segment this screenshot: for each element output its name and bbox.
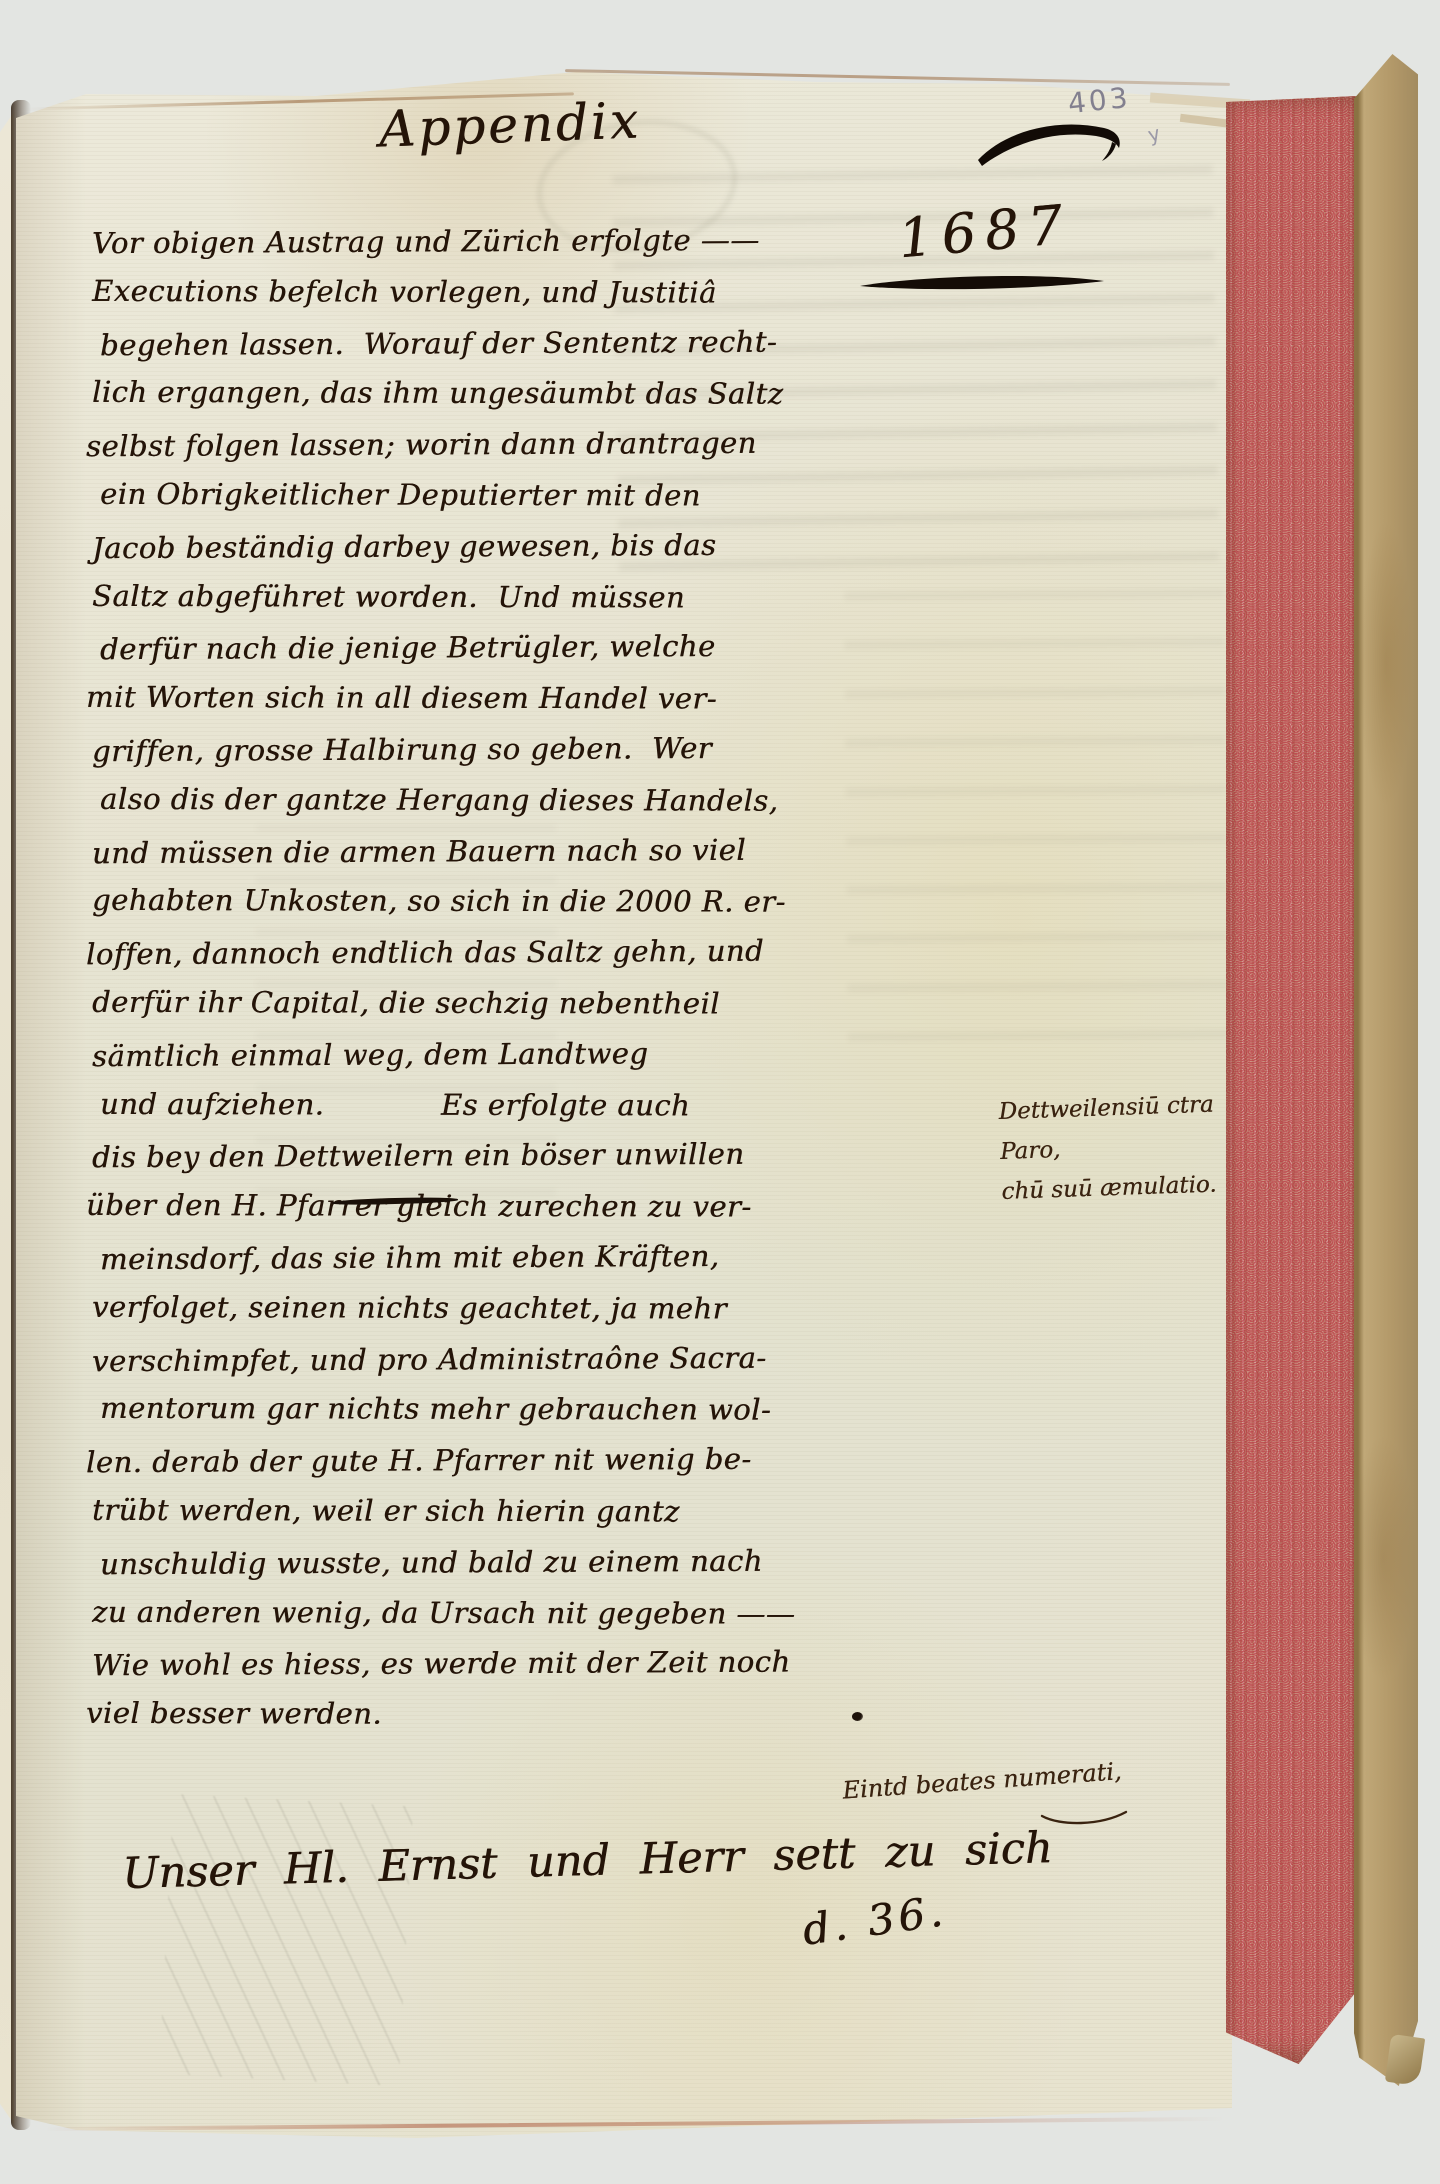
body-line: Wie wohl es hiess, es werde mit der Zeit… <box>92 1636 948 1691</box>
body-line: lich ergangen, das ihm ungesäumbt das Sa… <box>92 367 948 420</box>
body-line: unschuldig wusste, und bald zu einem nac… <box>100 1534 948 1589</box>
cover-corner-curl <box>1385 2034 1425 2086</box>
body-line: selbst folgen lassen; worin dann drantra… <box>86 417 948 472</box>
body-line: loffen, dannoch endtlich das Saltz gehn,… <box>86 925 948 980</box>
body-line: len. derab der gute H. Pfarrer nit wenig… <box>86 1433 948 1488</box>
margin-note-line: Dettweilensiū ctra Paro, <box>998 1084 1231 1172</box>
body-line: gehabten Unkosten, so sich in die 2000 R… <box>92 875 948 928</box>
body-line: meinsdorf, das sie ihm mit eben Kräften, <box>100 1230 948 1285</box>
body-line: derfür ihr Capital, die sechzig nebenthe… <box>92 977 948 1030</box>
body-line: über den H. Pfarrer gleich zurechen zu v… <box>86 1180 948 1233</box>
body-line: dis bey den Dettweilern ein böser unwill… <box>92 1128 948 1183</box>
body-text: Vor obigen Austrag und Zürich erfolgte —… <box>92 216 948 1740</box>
body-line: Jacob beständig darbey gewesen, bis das <box>92 519 948 574</box>
scanned-manuscript-photo: { "document": { "title": "Appendix", "ye… <box>0 0 1440 2184</box>
body-line: Saltz abgeführet worden. Und müssen <box>92 570 948 623</box>
body-line: sämtlich einmal weg, dem Landtweg <box>92 1027 948 1082</box>
ink-blot <box>852 1712 863 1721</box>
folio-number-pencil: 403 <box>1066 81 1132 120</box>
body-line: griffen, grosse Halbirung so geben. Wer <box>92 722 948 777</box>
body-line: also dis der gantze Hergang dieses Hande… <box>100 774 948 827</box>
margin-note-line: chū suū æmulatio. <box>1001 1164 1232 1212</box>
ink-swoosh-flourish <box>976 116 1146 176</box>
body-line: verschimpfet, und pro Administraône Sacr… <box>92 1331 948 1386</box>
body-line: trübt werden, weil er sich hierin gantz <box>92 1485 948 1538</box>
body-line: und aufziehen. Es erfolgte auch <box>100 1078 948 1131</box>
page-title: Appendix <box>349 90 671 159</box>
body-line: verfolget, seinen nichts geachtet, ja me… <box>92 1282 948 1335</box>
pencil-scribble <box>159 1794 413 2086</box>
body-line: mit Worten sich in all diesem Handel ver… <box>86 672 948 725</box>
parchment-cover-edge <box>1354 54 1418 2086</box>
body-line: begehen lassen. Worauf der Sententz rech… <box>100 315 948 370</box>
body-line: viel besser werden. <box>86 1688 948 1741</box>
body-line: und müssen die armen Bauern nach so viel <box>92 823 948 878</box>
margin-note-right: Dettweilensiū ctra Paro, chū suū æmulati… <box>998 1084 1232 1212</box>
body-line: derfür nach die jenige Betrügler, welche <box>100 620 948 675</box>
body-line: ein Obrigkeitlicher Deputierter mit den <box>100 469 948 522</box>
body-line: Executions befelch vorlegen, und Justiti… <box>92 266 948 319</box>
body-line: Vor obigen Austrag und Zürich erfolgte —… <box>92 214 948 269</box>
body-line: zu anderen wenig, da Ursach nit gegeben … <box>92 1586 948 1639</box>
body-line: mentorum gar nichts mehr gebrauchen wol- <box>100 1383 948 1436</box>
